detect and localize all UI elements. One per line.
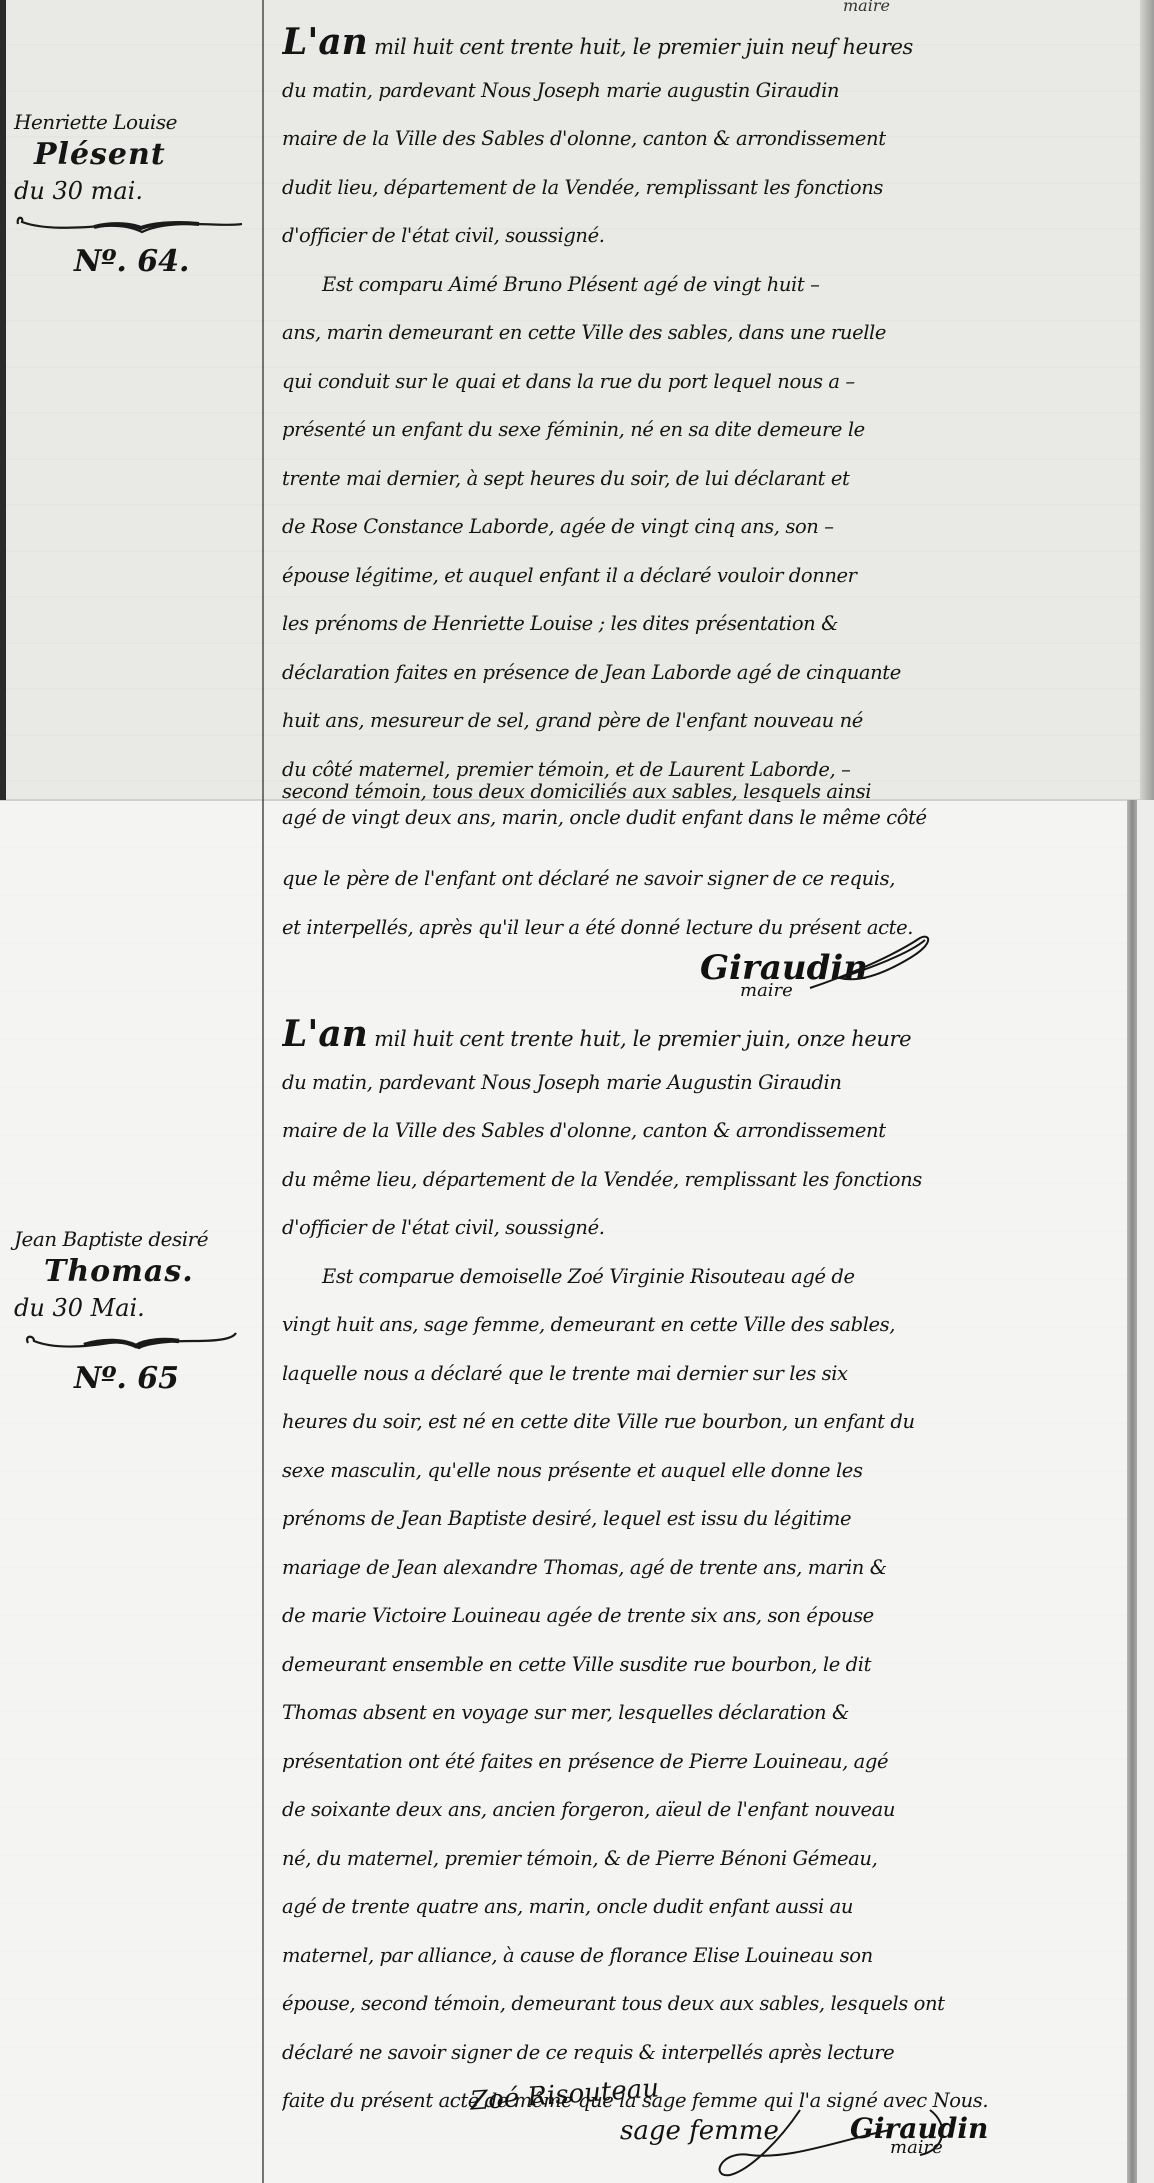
text-line: demeurant ensemble en cette Ville susdit… [282, 1641, 1127, 1690]
page-left-edge [0, 0, 6, 800]
text-line: de soixante deux ans, ancien forgeron, a… [282, 1786, 1127, 1835]
text-line: d'officier de l'état civil, soussigné. [282, 212, 1127, 261]
text-line: déclaré ne savoir signer de ce requis & … [282, 2029, 1127, 2078]
page-binding-edge [1127, 800, 1137, 2183]
act-64-body: L'an mil huit cent trente huit, le premi… [282, 18, 1127, 843]
text-line: L'an mil huit cent trente huit, le premi… [282, 1010, 1127, 1059]
line-text: mil huit cent trente huit, le premier ju… [374, 35, 913, 59]
signature-paraph-icon [560, 2090, 960, 2183]
text-line: épouse, second témoin, demeurant tous de… [282, 1980, 1127, 2029]
text-line: vingt huit ans, sage femme, demeurant en… [282, 1301, 1127, 1350]
text-line: trente mai dernier, à sept heures du soi… [282, 455, 1127, 504]
text-line: né, du maternel, premier témoin, & de Pi… [282, 1835, 1127, 1884]
superscript-insertion: maire [843, 0, 890, 15]
margin-given-names: Jean Baptiste desiré [14, 1225, 254, 1253]
margin-rule [262, 0, 264, 2183]
flourish-divider-icon [14, 1331, 244, 1353]
text-line: prénoms de Jean Baptiste desiré, lequel … [282, 1495, 1127, 1544]
margin-date: du 30 Mai. [14, 1291, 254, 1325]
text-line: Thomas absent en voyage sur mer, lesquel… [282, 1689, 1127, 1738]
line-text: mil huit cent trente huit, le premier ju… [374, 1027, 911, 1051]
text-line: agé de trente quatre ans, marin, oncle d… [282, 1883, 1127, 1932]
text-line: Est comparue demoiselle Zoé Virginie Ris… [282, 1253, 1127, 1302]
text-line: de marie Victoire Louineau agée de trent… [282, 1592, 1127, 1641]
margin-surname: Plésent [14, 136, 254, 174]
text-line: épouse légitime, et auquel enfant il a d… [282, 552, 1127, 601]
text-line: laquelle nous a déclaré que le trente ma… [282, 1350, 1127, 1399]
text-line: qui conduit sur le quai et dans la rue d… [282, 358, 1127, 407]
text-line: du même lieu, département de la Vendée, … [282, 1156, 1127, 1205]
text-line: d'officier de l'état civil, soussigné. [282, 1204, 1127, 1253]
text-line: heures du soir, est né en cette dite Vil… [282, 1398, 1127, 1447]
text-line: les prénoms de Henriette Louise ; les di… [282, 600, 1127, 649]
text-line: dudit lieu, département de la Vendée, re… [282, 164, 1127, 213]
text-line: de Rose Constance Laborde, agée de vingt… [282, 503, 1127, 552]
act-64-body-cont: second témoin, tous deux domiciliés aux … [282, 768, 1127, 817]
facing-page-strip [1137, 800, 1154, 2183]
text-line: maire de la Ville des Sables d'olonne, c… [282, 1107, 1127, 1156]
text-line: et interpellés, après qu'il leur a été d… [282, 904, 1127, 953]
text-line: du matin, pardevant Nous Joseph marie au… [282, 67, 1127, 116]
margin-note-act-65: Jean Baptiste desiré Thomas. du 30 Mai. … [14, 1225, 254, 1401]
text-line: maternel, par alliance, à cause de flora… [282, 1932, 1127, 1981]
text-line: déclaration faites en présence de Jean L… [282, 649, 1127, 698]
text-line: présentation ont été faites en présence … [282, 1738, 1127, 1787]
margin-date: du 30 mai. [14, 174, 254, 208]
margin-given-names: Henriette Louise [14, 108, 254, 136]
text-line: que le père de l'enfant ont déclaré ne s… [282, 855, 1127, 904]
act-number: Nº. 64. [14, 240, 254, 284]
text-line: L'an mil huit cent trente huit, le premi… [282, 18, 1127, 67]
act-number: Nº. 65 [14, 1357, 254, 1401]
text-line: du matin, pardevant Nous Joseph marie Au… [282, 1059, 1127, 1108]
act-65-body: L'an mil huit cent trente huit, le premi… [282, 1010, 1127, 2126]
text-line: sexe masculin, qu'elle nous présente et … [282, 1447, 1127, 1496]
margin-surname: Thomas. [14, 1253, 254, 1291]
page-right-edge-top [1140, 0, 1154, 800]
margin-note-act-64: Henriette Louise Plésent du 30 mai. Nº. … [14, 108, 254, 284]
text-line: présenté un enfant du sexe féminin, né e… [282, 406, 1127, 455]
flourish-divider-icon [14, 214, 244, 236]
text-line: mariage de Jean alexandre Thomas, agé de… [282, 1544, 1127, 1593]
text-line: maire de la Ville des Sables d'olonne, c… [282, 115, 1127, 164]
text-line: ans, marin demeurant en cette Ville des … [282, 309, 1127, 358]
text-line: huit ans, mesureur de sel, grand père de… [282, 697, 1127, 746]
act-64-body-end: que le père de l'enfant ont déclaré ne s… [282, 855, 1127, 952]
signature-paraph-icon [800, 928, 940, 998]
text-line: second témoin, tous deux domiciliés aux … [282, 768, 1127, 817]
text-line: Est comparu Aimé Bruno Plésent agé de vi… [282, 261, 1127, 310]
